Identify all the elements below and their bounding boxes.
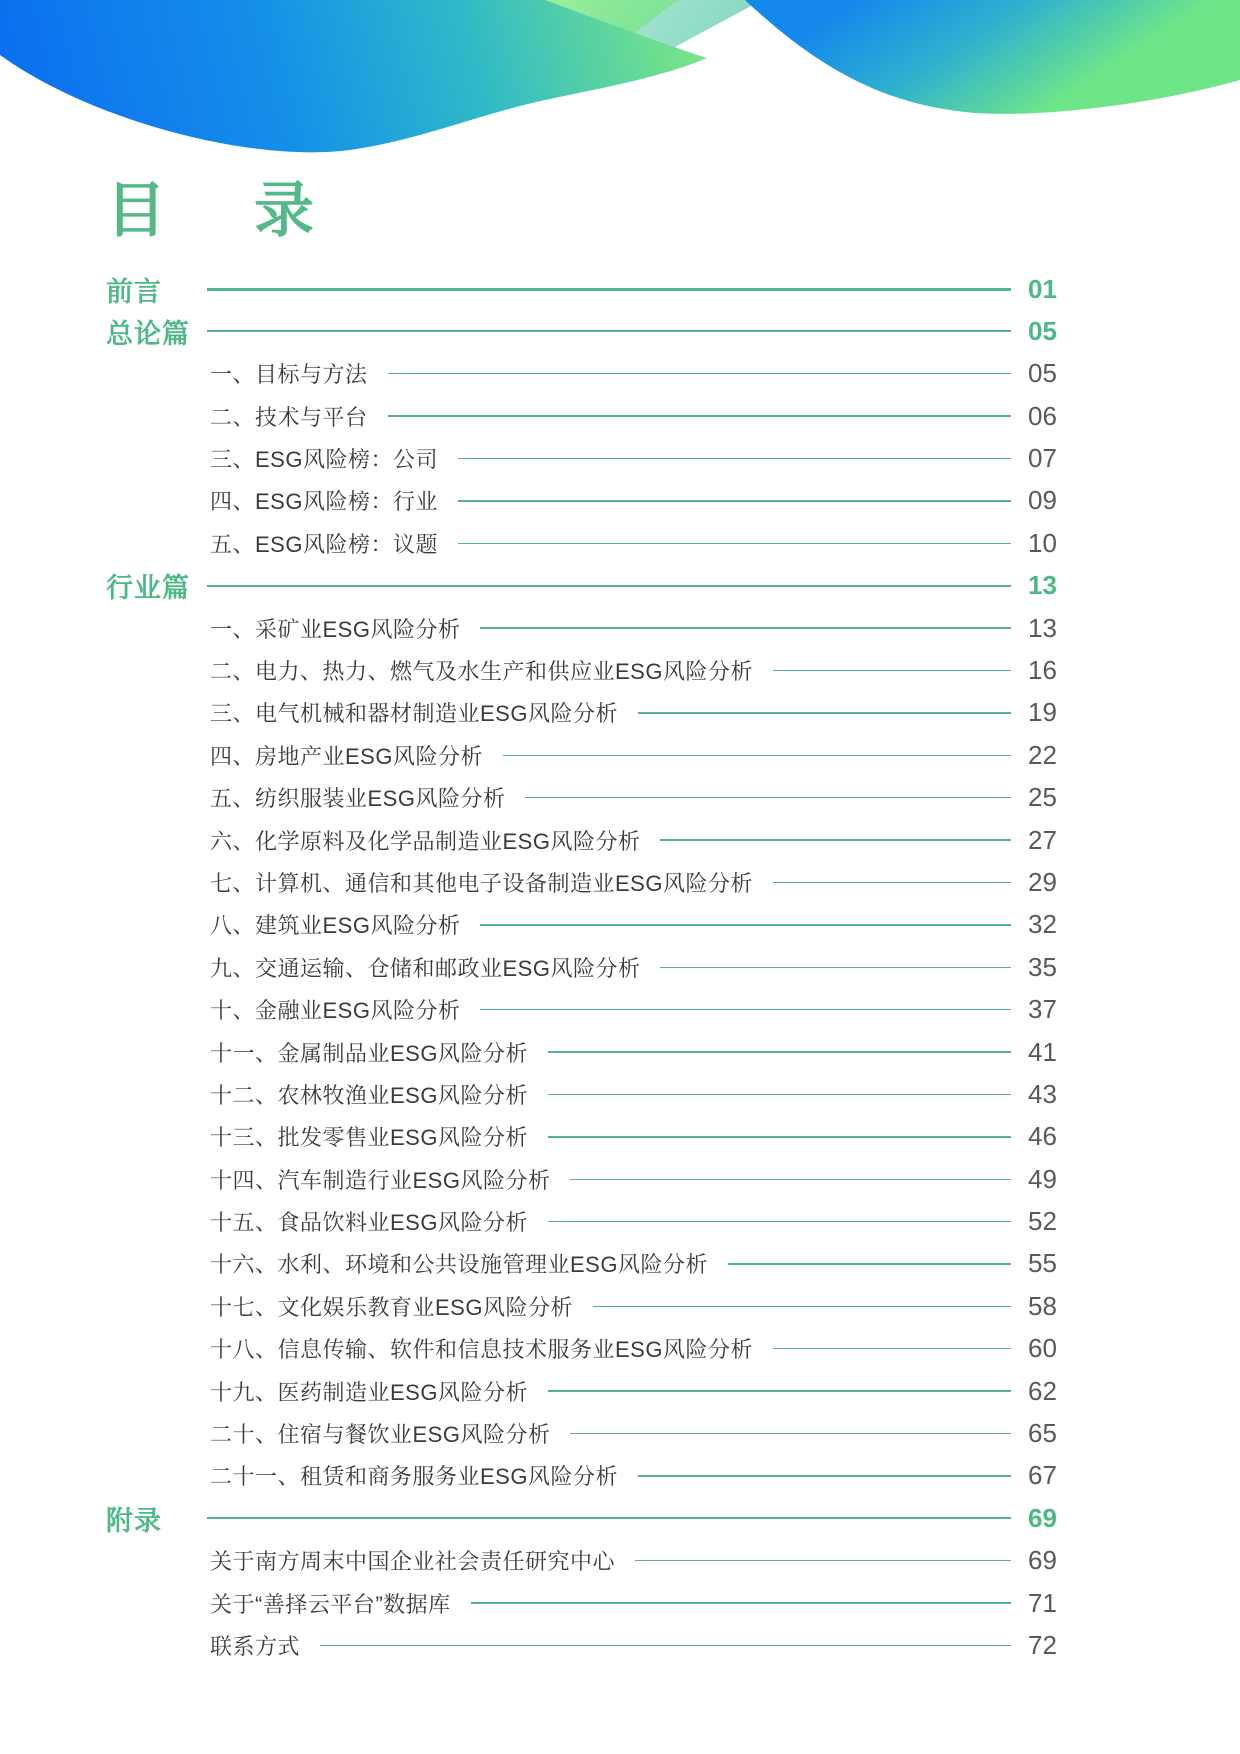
toc-item-page-number: 55 [1028,1248,1064,1279]
toc-item-label: 二、电力、热力、燃气及水生产和供应业ESG风险分析 [210,655,753,686]
toc-item-page-number: 52 [1028,1206,1064,1237]
toc-item-row[interactable]: 二十一、租赁和商务服务业ESG风险分析 67 [106,1461,1064,1491]
leader-line [388,415,1011,416]
toc-item-label: 六、化学原料及化学品制造业ESG风险分析 [210,825,640,856]
toc-item-page-number: 71 [1028,1588,1064,1619]
toc-item-page-number: 72 [1028,1630,1064,1661]
toc-item-row[interactable]: 五、纺织服装业ESG风险分析 25 [106,783,1064,813]
toc-item-page-number: 62 [1028,1376,1064,1407]
toc-item-row[interactable]: 十六、水利、环境和公共设施管理业ESG风险分析 55 [106,1249,1064,1279]
toc-item-row[interactable]: 十九、医药制造业ESG风险分析 62 [106,1376,1064,1406]
toc-section-row[interactable]: 前言 01 [106,274,1064,304]
leader-line [471,1602,1011,1603]
leader-line [548,1221,1011,1222]
toc-item-label: 八、建筑业ESG风险分析 [210,909,460,940]
toc-item-row[interactable]: 九、交通运输、仓储和邮政业ESG风险分析 35 [106,952,1064,982]
leader-line [570,1179,1011,1180]
leader-line [207,288,1011,291]
toc-item-label: 十、金融业ESG风险分析 [210,994,460,1025]
toc-section-page-number: 69 [1028,1503,1064,1534]
leader-line [593,1306,1011,1307]
toc-item-row[interactable]: 十七、文化娱乐教育业ESG风险分析 58 [106,1291,1064,1321]
leader-line [388,373,1011,374]
toc-item-page-number: 58 [1028,1291,1064,1322]
toc-item-label: 十三、批发零售业ESG风险分析 [210,1121,528,1152]
leader-line [207,1517,1011,1519]
toc-item-page-number: 67 [1028,1460,1064,1491]
toc-item-row[interactable]: 四、房地产业ESG风险分析 22 [106,740,1064,770]
toc-item-label: 一、目标与方法 [210,358,368,389]
leader-line [635,1560,1011,1561]
toc-section-row[interactable]: 总论篇 05 [106,316,1064,346]
toc-item-label: 十六、水利、环境和公共设施管理业ESG风险分析 [210,1248,708,1279]
toc-section-label: 附录 [106,1499,207,1538]
leader-line [773,1348,1011,1349]
toc-section-label: 行业篇 [106,566,207,605]
page-title: 目 录 [106,181,328,241]
toc-item-label: 五、纺织服装业ESG风险分析 [210,782,505,813]
toc-item-label: 五、ESG风险榜：议题 [210,528,438,559]
toc-section-row[interactable]: 附录 69 [106,1503,1064,1533]
toc-item-row[interactable]: 一、采矿业ESG风险分析 13 [106,613,1064,643]
leader-line [638,712,1011,713]
toc-item-row[interactable]: 五、ESG风险榜：议题 10 [106,528,1064,558]
header-wave-decoration [0,0,1240,190]
toc-item-page-number: 29 [1028,867,1064,898]
toc-item-row[interactable]: 十一、金属制品业ESG风险分析 41 [106,1037,1064,1067]
leader-line [773,882,1011,883]
toc-item-page-number: 05 [1028,358,1064,389]
leader-line [207,585,1011,587]
leader-line [480,924,1011,925]
leader-line [548,1094,1011,1095]
toc-item-row[interactable]: 十、金融业ESG风险分析 37 [106,995,1064,1025]
toc-item-page-number: 22 [1028,740,1064,771]
toc-section-label: 总论篇 [106,312,207,351]
leader-line [207,330,1011,332]
toc-item-row[interactable]: 一、目标与方法 05 [106,359,1064,389]
toc-item-row[interactable]: 联系方式 72 [106,1631,1064,1661]
toc-item-page-number: 06 [1028,401,1064,432]
leader-line [548,1136,1011,1137]
leader-line [458,500,1011,501]
leader-line [458,543,1011,544]
leader-line [660,839,1011,840]
leader-line [480,627,1011,628]
toc-item-row[interactable]: 二十、住宿与餐饮业ESG风险分析 65 [106,1419,1064,1449]
toc-item-label: 七、计算机、通信和其他电子设备制造业ESG风险分析 [210,867,753,898]
leader-line [773,670,1011,671]
toc-item-page-number: 65 [1028,1418,1064,1449]
toc-item-row[interactable]: 十八、信息传输、软件和信息技术服务业ESG风险分析 60 [106,1334,1064,1364]
toc-section-page-number: 05 [1028,316,1064,347]
leader-line [525,797,1011,798]
toc-item-row[interactable]: 关于南方周末中国企业社会责任研究中心 69 [106,1546,1064,1576]
toc-item-page-number: 49 [1028,1164,1064,1195]
leader-line [480,1009,1011,1010]
toc-item-row[interactable]: 三、ESG风险榜：公司 07 [106,444,1064,474]
toc-item-label: 二十一、租赁和商务服务业ESG风险分析 [210,1460,618,1491]
toc-item-row[interactable]: 十二、农林牧渔业ESG风险分析 43 [106,1079,1064,1109]
leader-line [728,1263,1011,1264]
toc-item-page-number: 43 [1028,1079,1064,1110]
toc-item-label: 十八、信息传输、软件和信息技术服务业ESG风险分析 [210,1333,753,1364]
toc-item-row[interactable]: 十三、批发零售业ESG风险分析 46 [106,1122,1064,1152]
toc-item-label: 九、交通运输、仓储和邮政业ESG风险分析 [210,952,640,983]
leader-line [320,1645,1011,1646]
toc-section-row[interactable]: 行业篇 13 [106,571,1064,601]
toc-item-page-number: 09 [1028,485,1064,516]
toc-item-row[interactable]: 三、电气机械和器材制造业ESG风险分析 19 [106,698,1064,728]
toc-item-label: 十七、文化娱乐教育业ESG风险分析 [210,1291,573,1322]
toc-item-label: 十五、食品饮料业ESG风险分析 [210,1206,528,1237]
toc-item-page-number: 25 [1028,782,1064,813]
toc-section-label: 前言 [106,270,207,309]
toc-item-page-number: 07 [1028,443,1064,474]
toc-item-row[interactable]: 二、电力、热力、燃气及水生产和供应业ESG风险分析 16 [106,656,1064,686]
toc-item-label: 三、ESG风险榜：公司 [210,443,438,474]
toc-item-page-number: 19 [1028,697,1064,728]
toc-item-page-number: 35 [1028,952,1064,983]
toc-item-label: 十二、农林牧渔业ESG风险分析 [210,1079,528,1110]
toc-item-page-number: 32 [1028,909,1064,940]
leader-line [638,1475,1011,1476]
toc-item-page-number: 27 [1028,825,1064,856]
toc-section-page-number: 13 [1028,570,1064,601]
toc-item-row[interactable]: 七、计算机、通信和其他电子设备制造业ESG风险分析 29 [106,867,1064,897]
toc-item-page-number: 41 [1028,1037,1064,1068]
toc-item-row[interactable]: 关于“善择云平台”数据库 71 [106,1588,1064,1618]
toc-item-page-number: 69 [1028,1545,1064,1576]
toc-item-label: 关于南方周末中国企业社会责任研究中心 [210,1545,615,1576]
leader-line [458,458,1011,459]
toc-item-page-number: 10 [1028,528,1064,559]
toc-item-label: 十九、医药制造业ESG风险分析 [210,1376,528,1407]
toc-item-row[interactable]: 八、建筑业ESG风险分析 32 [106,910,1064,940]
toc-item-row[interactable]: 十五、食品饮料业ESG风险分析 52 [106,1207,1064,1237]
leader-line [570,1433,1011,1434]
toc-item-label: 联系方式 [210,1630,300,1661]
toc-item-label: 关于“善择云平台”数据库 [210,1588,451,1619]
toc-item-label: 十一、金属制品业ESG风险分析 [210,1037,528,1068]
toc-item-page-number: 37 [1028,994,1064,1025]
leader-line [660,967,1011,968]
toc-item-page-number: 46 [1028,1121,1064,1152]
toc-item-label: 一、采矿业ESG风险分析 [210,613,460,644]
toc-item-label: 十四、汽车制造行业ESG风险分析 [210,1164,550,1195]
toc-item-label: 二十、住宿与餐饮业ESG风险分析 [210,1418,550,1449]
leader-line [503,755,1011,756]
toc-item-label: 四、ESG风险榜：行业 [210,485,438,516]
leader-line [548,1390,1011,1391]
toc-item-row[interactable]: 十四、汽车制造行业ESG风险分析 49 [106,1164,1064,1194]
toc-item-label: 二、技术与平台 [210,401,368,432]
leader-line [548,1051,1011,1052]
toc-item-page-number: 13 [1028,613,1064,644]
toc-item-row[interactable]: 四、ESG风险榜：行业 09 [106,486,1064,516]
toc-item-page-number: 16 [1028,655,1064,686]
toc-item-row[interactable]: 六、化学原料及化学品制造业ESG风险分析 27 [106,825,1064,855]
toc-item-label: 三、电气机械和器材制造业ESG风险分析 [210,697,618,728]
toc-section-page-number: 01 [1028,274,1064,305]
toc-list: 前言 01 总论篇 05 一、目标与方法 05 二、技术与平台 06 三、ESG… [106,274,1064,1673]
toc-item-page-number: 60 [1028,1333,1064,1364]
toc-item-label: 四、房地产业ESG风险分析 [210,740,483,771]
toc-item-row[interactable]: 二、技术与平台 06 [106,401,1064,431]
